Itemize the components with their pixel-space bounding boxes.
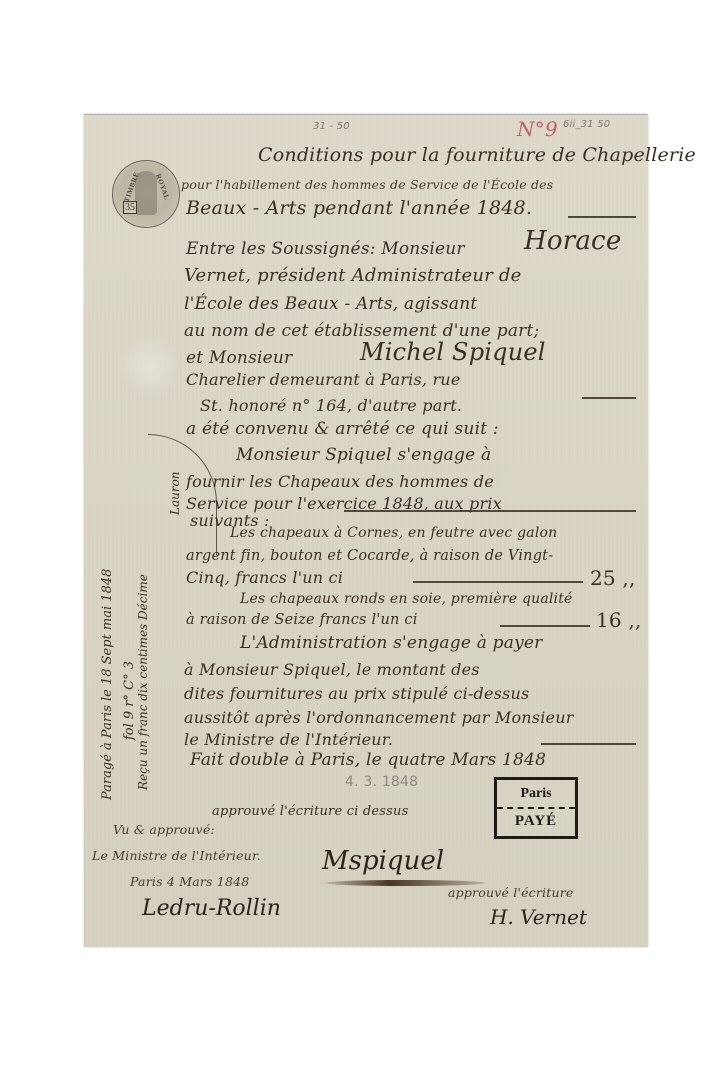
obligation-rule bbox=[541, 743, 636, 745]
margin-note-3: Reçu un franc dix centimes Décime bbox=[136, 574, 150, 790]
timbre-royal-seal-icon: TIMBRE ROYAL 35 bbox=[112, 160, 180, 228]
minister-signature: Ledru-Rollin bbox=[142, 896, 281, 921]
body-line-8: a été convenu & arrêté ce qui suit : bbox=[186, 421, 499, 438]
price-item-1-line-2: argent fin, bouton et Cocarde, à raison … bbox=[186, 549, 553, 564]
seal-value: 35 bbox=[123, 201, 137, 214]
obligation-line-5: le Ministre de l'Intérieur. bbox=[184, 732, 393, 748]
body-line-6: Charelier demeurant à Paris, rue bbox=[186, 372, 461, 388]
director-signature: H. Vernet bbox=[490, 905, 587, 929]
margin-note-4: Lauron bbox=[168, 471, 182, 515]
price-item-2-line-2: à raison de Seize francs l'un ci bbox=[186, 613, 418, 628]
heading-rule bbox=[568, 216, 636, 218]
price-item-1-line-1: Les chapeaux à Cornes, en feutre avec ga… bbox=[230, 526, 557, 540]
first-party-name: Horace bbox=[524, 228, 621, 254]
price-item-1-line-3: Cinq, francs l'un ci bbox=[186, 570, 343, 586]
obligation-line-3: dites fournitures au prix stipulé ci-des… bbox=[184, 686, 529, 702]
second-party-name: Michel Spiquel bbox=[360, 340, 546, 364]
paid-stamp-label: PAYÉ bbox=[497, 813, 575, 830]
heading-line-2: pour l'habillement des hommes de Service… bbox=[181, 179, 553, 192]
rule-suivants bbox=[344, 510, 636, 512]
rule-line-7 bbox=[582, 397, 636, 399]
closing-line: Fait double à Paris, le quatre Mars 1848 bbox=[190, 752, 546, 769]
pencil-date: 4. 3. 1848 bbox=[345, 775, 418, 789]
price-item-2-rule bbox=[500, 625, 590, 627]
approval-line: approuvé l'écriture ci dessus bbox=[212, 805, 408, 818]
body-line-3: l'École des Beaux - Arts, agissant bbox=[184, 296, 477, 313]
obligation-line-4: aussitôt après l'ordonnancement par Mons… bbox=[184, 710, 574, 726]
body-line-1: Entre les Soussignés: Monsieur bbox=[186, 241, 465, 258]
heading-line-3: Beaux - Arts pendant l'année 1848. bbox=[186, 199, 532, 218]
margin-note-2: fol 9 r° C° 3 bbox=[122, 661, 137, 740]
paid-stamp: Paris PAYÉ bbox=[494, 777, 578, 839]
margin-note-1: Paragé à Paris le 18 Sept mai 1848 bbox=[100, 569, 115, 800]
director-approval-note: approuvé l'écriture bbox=[448, 887, 574, 900]
paid-stamp-city: Paris bbox=[497, 786, 575, 802]
obligation-line-2: à Monsieur Spiquel, le montant des bbox=[184, 662, 480, 678]
price-item-2-amount: 16 ,, bbox=[596, 610, 642, 630]
minister-date: Paris 4 Mars 1848 bbox=[130, 876, 249, 889]
archive-number-red: N°9 bbox=[517, 119, 558, 139]
price-item-1-rule bbox=[413, 581, 583, 583]
body-line-10: fournir les Chapeaux des hommes de bbox=[186, 474, 494, 490]
minister-approved: Vu & approuvé: bbox=[113, 824, 215, 837]
body-line-7: St. honoré n° 164, d'autre part. bbox=[200, 398, 462, 414]
archive-mark-pencil: 31 - 50 bbox=[313, 122, 350, 132]
supplier-signature: Mspiquel bbox=[322, 846, 444, 876]
paid-stamp-divider bbox=[497, 807, 575, 809]
embossed-seal-icon bbox=[117, 333, 183, 399]
obligation-line-1: L'Administration s'engage à payer bbox=[240, 635, 542, 652]
minister-title: Le Ministre de l'Intérieur. bbox=[92, 850, 261, 863]
price-item-1-amount: 25 ,, bbox=[590, 568, 636, 588]
heading-line-1: Conditions pour la fourniture de Chapell… bbox=[258, 146, 696, 165]
body-line-5: et Monsieur bbox=[186, 350, 292, 367]
price-item-2-line-1: Les chapeaux ronds en soie, première qua… bbox=[240, 592, 573, 606]
archive-mark-pencil-right: 6ii_31 50 bbox=[563, 120, 610, 130]
body-line-9: Monsieur Spiquel s'engage à bbox=[236, 447, 491, 464]
body-line-2: Vernet, président Administrateur de bbox=[184, 267, 522, 285]
